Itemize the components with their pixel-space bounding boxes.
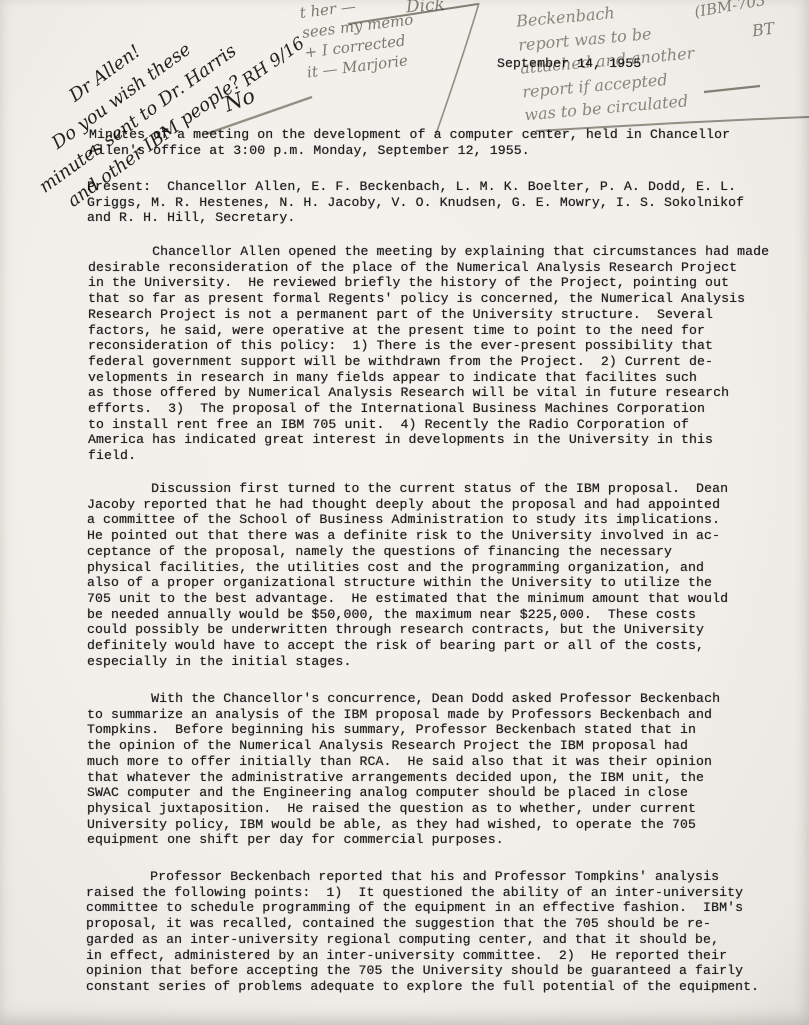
underline-under-no xyxy=(206,97,312,134)
paragraph-opening-remarks: Chancellor Allen opened the meeting by e… xyxy=(88,244,769,464)
paragraph-ibm-proposal-status: Discussion first turned to the current s… xyxy=(87,481,728,669)
paragraph-beckenbach-summary: With the Chancellor's concurrence, Dean … xyxy=(87,691,720,848)
underline-becker-note xyxy=(536,117,809,131)
scanned-document-page: September 14, 1955 Minutes of a meeting … xyxy=(0,0,809,1025)
strike-through-dick xyxy=(348,4,478,24)
pencil-strokes xyxy=(0,0,809,200)
paragraph-tompkins-analysis: Professor Beckenbach reported that his a… xyxy=(86,869,759,995)
underline-accepted xyxy=(704,86,760,92)
vertical-pencil-line xyxy=(436,3,479,134)
